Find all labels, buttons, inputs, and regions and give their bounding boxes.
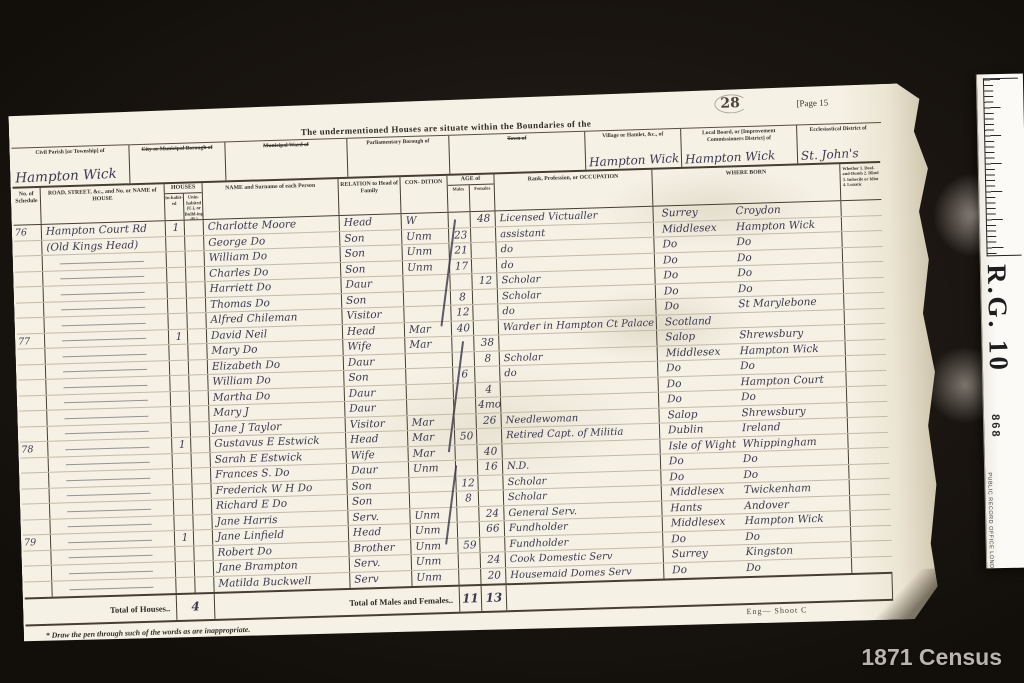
born-county: Middlesex bbox=[658, 220, 736, 237]
cell-uninhabited bbox=[188, 344, 207, 359]
cell-age-male bbox=[452, 336, 474, 351]
col-name: NAME and Surname of each Person bbox=[203, 179, 340, 219]
cell-schedule bbox=[18, 380, 46, 395]
header-field: City or Municipal Borough of bbox=[129, 142, 226, 183]
cell-uninhabited bbox=[190, 391, 209, 406]
cell-uninhabited bbox=[192, 483, 211, 498]
born-county: Do bbox=[662, 359, 740, 376]
born-county: Do bbox=[668, 561, 746, 578]
born-county: Do bbox=[663, 390, 741, 407]
born-county: Salop bbox=[661, 328, 739, 345]
ruler-scale bbox=[983, 78, 1022, 257]
header-field-label: Parliamentary Borough of bbox=[347, 136, 448, 148]
cell-age-female: 4 bbox=[476, 382, 501, 397]
born-place: Do bbox=[743, 467, 758, 482]
cell-age-female: 66 bbox=[480, 521, 505, 536]
born-county: Isle of Wight bbox=[664, 437, 742, 454]
cell-age-female: 24 bbox=[481, 552, 506, 567]
cell-inhabited bbox=[170, 360, 189, 375]
cell-relation: Head bbox=[346, 431, 408, 447]
col-inhabited: In-habit-ed bbox=[165, 194, 185, 220]
cell-uninhabited bbox=[195, 561, 214, 576]
cell-condition bbox=[404, 306, 451, 322]
cell-uninhabited bbox=[186, 251, 205, 266]
born-place: Shrewsbury bbox=[739, 326, 803, 343]
cell-inhabited bbox=[173, 469, 192, 484]
cell-schedule bbox=[21, 457, 49, 472]
cell-age-male bbox=[457, 507, 479, 522]
cell-relation: Daur bbox=[347, 462, 409, 478]
cell-schedule bbox=[16, 287, 44, 302]
cell-age-female: 48 bbox=[470, 211, 495, 226]
cell-condition bbox=[410, 492, 457, 508]
born-county: Do bbox=[660, 282, 738, 299]
cell-schedule bbox=[14, 240, 42, 255]
cell-age-male bbox=[453, 352, 475, 367]
cell-age-female bbox=[475, 366, 500, 381]
census-document: 28 [Page 15 The undermentioned Houses ar… bbox=[8, 82, 947, 645]
cell-condition: Unm bbox=[410, 507, 457, 523]
cell-inhabited bbox=[174, 500, 193, 515]
header-field-value: Hampton Wick bbox=[589, 151, 680, 169]
cell-relation: Son bbox=[342, 292, 404, 308]
cell-inhabited: 1 bbox=[169, 329, 188, 344]
born-county: Surrey bbox=[668, 545, 746, 562]
cell-age-male bbox=[454, 414, 476, 429]
cell-schedule: 76 bbox=[14, 225, 42, 240]
cell-relation: Serv. bbox=[348, 509, 410, 525]
col-age-group: AGE of Males Females bbox=[447, 174, 495, 211]
born-county: Middlesex bbox=[667, 514, 745, 531]
cell-condition: Unm bbox=[402, 244, 449, 260]
cell-age-male bbox=[449, 212, 471, 227]
header-field: Municipal Ward of bbox=[225, 139, 348, 181]
cell-age-female: 26 bbox=[476, 413, 501, 428]
cell-uninhabited bbox=[191, 437, 210, 452]
born-county: Do bbox=[660, 297, 738, 314]
cell-road bbox=[52, 578, 176, 597]
cell-inhabited bbox=[169, 345, 188, 360]
born-place: St Marylebone bbox=[738, 295, 817, 312]
cell-relation: Head bbox=[343, 323, 405, 339]
cell-disability bbox=[847, 401, 887, 417]
cell-age-male bbox=[455, 445, 477, 460]
cell-uninhabited bbox=[188, 329, 207, 344]
cell-disability bbox=[843, 262, 883, 278]
cell-inhabited bbox=[176, 561, 195, 576]
cell-schedule bbox=[20, 426, 48, 441]
cell-condition: Unm bbox=[402, 228, 449, 244]
cell-condition bbox=[409, 476, 456, 492]
header-field-value: St. John's bbox=[801, 146, 859, 163]
cell-relation: Visitor bbox=[346, 416, 408, 432]
cell-schedule bbox=[22, 488, 50, 503]
table-body: 76Hampton Court Rd1Charlotte MooreHeadW4… bbox=[14, 200, 893, 598]
cell-age-male: 12 bbox=[456, 476, 478, 491]
cell-condition: Unm bbox=[409, 461, 456, 477]
born-county: Do bbox=[665, 468, 743, 485]
cell-relation: Wife bbox=[343, 338, 405, 354]
image-caption: 1871 Census bbox=[861, 644, 1002, 671]
cell-age-female bbox=[472, 258, 497, 273]
cell-uninhabited bbox=[189, 360, 208, 375]
cell-disability bbox=[845, 308, 885, 324]
cell-schedule bbox=[19, 395, 47, 410]
cell-relation: Head bbox=[349, 524, 411, 540]
cell-age-male: 50 bbox=[455, 429, 477, 444]
born-county: Do bbox=[665, 452, 743, 469]
cell-age-male bbox=[459, 568, 481, 584]
header-field-label: Ecclesiastical District of bbox=[797, 123, 879, 134]
cell-inhabited bbox=[174, 515, 193, 530]
cell-schedule: 78 bbox=[20, 442, 48, 457]
born-place: Croydon bbox=[735, 203, 781, 219]
cell-disability bbox=[846, 370, 886, 386]
born-place: Do bbox=[746, 560, 761, 575]
col-disability: Whether 1. Deaf-and-Dumb 2. Blind 3. Imb… bbox=[840, 163, 881, 200]
col-females: Females bbox=[470, 185, 496, 212]
cell-inhabited: 1 bbox=[172, 438, 191, 453]
col-road: ROAD, STREET, &c., and No. or NAME of HO… bbox=[41, 184, 166, 224]
cell-disability bbox=[842, 231, 882, 247]
cell-disability bbox=[851, 510, 891, 526]
born-county: Do bbox=[658, 235, 736, 252]
cell-uninhabited bbox=[186, 267, 205, 282]
cell-uninhabited bbox=[189, 375, 208, 390]
cell-condition: Unm bbox=[412, 554, 459, 570]
printer-imprint: Eng— Shoot C bbox=[746, 605, 807, 616]
cell-disability bbox=[848, 417, 888, 433]
cell-condition bbox=[406, 368, 453, 384]
cell-disability bbox=[850, 479, 890, 495]
born-place: Whippingham bbox=[742, 434, 817, 451]
cell-relation: Son bbox=[341, 261, 403, 277]
cell-age-female: 24 bbox=[479, 506, 504, 521]
born-county: Middlesex bbox=[662, 344, 740, 361]
cell-schedule bbox=[15, 271, 43, 286]
col-relation: RELATION to Head of Family bbox=[338, 177, 401, 215]
col-males: Males bbox=[448, 185, 471, 211]
cell-uninhabited bbox=[192, 452, 211, 467]
born-county: Salop bbox=[663, 406, 741, 423]
cell-inhabited bbox=[167, 252, 186, 267]
cell-uninhabited bbox=[190, 406, 209, 421]
cell-inhabited: 1 bbox=[166, 221, 185, 236]
cell-inhabited bbox=[167, 267, 186, 282]
cell-inhabited bbox=[172, 422, 191, 437]
cell-uninhabited bbox=[185, 220, 204, 235]
header-field: Town of bbox=[449, 132, 586, 174]
archive-label-text: R.G. 10 868 PUBLIC RECORD OFFICE LONDON bbox=[983, 263, 1024, 568]
cell-age-female: 8 bbox=[475, 351, 500, 366]
cell-age-female bbox=[471, 242, 496, 257]
cell-relation: Serv. bbox=[350, 555, 412, 571]
cell-condition: Mar bbox=[405, 337, 452, 353]
cell-disability bbox=[844, 293, 884, 309]
cell-inhabited bbox=[171, 407, 190, 422]
born-place: Do bbox=[738, 281, 753, 296]
cell-age-male bbox=[450, 274, 472, 289]
cell-age-female bbox=[471, 227, 496, 242]
cell-age-male bbox=[456, 460, 478, 475]
cell-uninhabited bbox=[193, 514, 212, 529]
cell-inhabited bbox=[168, 314, 187, 329]
cell-disability bbox=[844, 277, 884, 293]
col-houses-group: HOUSES In-habit-ed Unin-habited (U.), or… bbox=[165, 183, 204, 220]
cell-disability bbox=[847, 386, 887, 402]
cell-uninhabited bbox=[192, 468, 211, 483]
born-county: Do bbox=[662, 375, 740, 392]
col-occupation: Rank, Profession, or OCCUPATION bbox=[494, 170, 653, 211]
page-number-label: [Page 15 bbox=[796, 97, 828, 108]
header-field: Ecclesiastical District ofSt. John's bbox=[797, 123, 880, 163]
cell-inhabited bbox=[173, 453, 192, 468]
cell-disability bbox=[848, 432, 888, 448]
cell-relation: Visitor bbox=[342, 307, 404, 323]
header-field: Parliamentary Borough of bbox=[347, 136, 450, 177]
cell-relation: Son bbox=[340, 230, 402, 246]
total-houses-value: 4 bbox=[177, 594, 216, 620]
cell-relation: Son bbox=[348, 493, 410, 509]
census-table: No. of Schedule ROAD, STREET, &c., and N… bbox=[13, 163, 893, 600]
cell-age-female: 4mo bbox=[476, 397, 501, 412]
cell-condition: Unm bbox=[411, 538, 458, 554]
cell-age-female: 20 bbox=[481, 568, 506, 584]
total-males-value: 11 bbox=[460, 586, 483, 612]
cell-schedule bbox=[19, 411, 47, 426]
cell-disability bbox=[849, 448, 889, 464]
cell-disability bbox=[843, 246, 883, 262]
born-county: Middlesex bbox=[666, 483, 744, 500]
cell-relation: Son bbox=[344, 369, 406, 385]
cell-age-male bbox=[454, 398, 476, 413]
born-place: Do bbox=[737, 266, 752, 281]
cell-age-female bbox=[473, 289, 498, 304]
born-place: Do bbox=[743, 452, 758, 467]
cell-inhabited bbox=[176, 577, 195, 593]
cell-age-female: 40 bbox=[477, 444, 502, 459]
total-houses-label: Total of Houses.. bbox=[25, 595, 178, 624]
cell-condition: Mar bbox=[405, 321, 452, 337]
cell-condition: Mar bbox=[408, 445, 455, 461]
header-field-label: City or Municipal Borough of bbox=[129, 142, 224, 154]
cell-condition: W bbox=[402, 213, 449, 229]
cell-age-male bbox=[459, 553, 481, 568]
cell-age-female bbox=[478, 475, 503, 490]
born-place: Do bbox=[737, 250, 752, 265]
cell-inhabited bbox=[168, 298, 187, 313]
header-field-label: Local Board, or [Improvement Commissione… bbox=[681, 125, 796, 144]
born-county: Do bbox=[659, 266, 737, 283]
cell-inhabited bbox=[171, 391, 190, 406]
cell-schedule: 77 bbox=[17, 333, 45, 348]
cell-relation: Brother bbox=[349, 540, 411, 556]
cell-schedule bbox=[24, 581, 52, 597]
cell-age-female bbox=[479, 490, 504, 505]
cell-condition bbox=[407, 383, 454, 399]
cell-uninhabited bbox=[194, 530, 213, 545]
cell-condition bbox=[407, 399, 454, 415]
cell-uninhabited bbox=[187, 313, 206, 328]
cell-relation: Head bbox=[340, 214, 402, 230]
cell-age-male: 17 bbox=[450, 259, 472, 274]
cell-age-male: 6 bbox=[453, 367, 475, 382]
col-where-born: WHERE BORN bbox=[652, 164, 841, 206]
col-schedule: No. of Schedule bbox=[13, 188, 42, 225]
born-county: Hants bbox=[666, 499, 744, 516]
cell-uninhabited bbox=[194, 545, 213, 560]
born-county: Do bbox=[659, 251, 737, 268]
cell-age-female bbox=[473, 304, 498, 319]
header-field: Civil Parish [or Township] ofHampton Wic… bbox=[11, 145, 130, 186]
cell-age-female bbox=[480, 537, 505, 552]
cell-condition: Mar bbox=[408, 414, 455, 430]
cell-disability bbox=[846, 355, 886, 371]
born-place: Do bbox=[741, 390, 756, 405]
cell-age-male: 59 bbox=[458, 538, 480, 553]
cell-schedule bbox=[22, 519, 50, 534]
cell-occupation: Housemaid Domes Serv bbox=[506, 563, 664, 583]
cell-inhabited bbox=[170, 376, 189, 391]
cell-schedule bbox=[15, 256, 43, 271]
cell-uninhabited bbox=[193, 499, 212, 514]
cell-inhabited bbox=[167, 283, 186, 298]
cell-relation: Daur bbox=[345, 385, 407, 401]
born-county: Do bbox=[667, 530, 745, 547]
born-place: Hampton Wick bbox=[745, 512, 824, 529]
cell-age-female bbox=[477, 428, 502, 443]
born-place: Do bbox=[736, 235, 751, 250]
cell-inhabited: 1 bbox=[175, 531, 194, 546]
cell-disability bbox=[850, 494, 890, 510]
cell-schedule bbox=[16, 318, 44, 333]
born-place: Do bbox=[745, 529, 760, 544]
cell-age-male bbox=[454, 383, 476, 398]
header-field: Village or Hamlet, &c., ofHampton Wick bbox=[585, 129, 682, 170]
cell-inhabited bbox=[175, 546, 194, 561]
header-field: Local Board, or [Improvement Commissione… bbox=[681, 125, 798, 166]
cell-relation: Serv bbox=[350, 571, 412, 588]
born-place: Twickenham bbox=[744, 481, 812, 498]
cell-age-male: 21 bbox=[449, 243, 471, 258]
born-place: Ireland bbox=[742, 420, 781, 436]
cell-age-female bbox=[474, 320, 499, 335]
header-field-value: Hampton Wick bbox=[685, 148, 776, 166]
born-place: Shrewsbury bbox=[741, 404, 805, 421]
cell-uninhabited bbox=[191, 421, 210, 436]
cell-relation: Daur bbox=[344, 354, 406, 370]
born-place: Kingston bbox=[745, 544, 793, 560]
cell-condition bbox=[403, 275, 450, 291]
col-condition: CON- DITION bbox=[400, 176, 448, 213]
cell-condition: Unm bbox=[412, 569, 459, 586]
total-females-value: 13 bbox=[482, 585, 508, 611]
cell-disability bbox=[841, 200, 881, 216]
cell-age-female: 12 bbox=[472, 273, 497, 288]
cell-relation: Daur bbox=[345, 400, 407, 416]
cell-disability bbox=[852, 556, 892, 573]
born-place: Hampton Wick bbox=[736, 217, 815, 234]
cell-condition bbox=[404, 290, 451, 306]
folio-stamp: 28 bbox=[714, 94, 748, 114]
cell-schedule bbox=[24, 566, 52, 581]
cell-uninhabited bbox=[195, 576, 214, 592]
cell-relation: Wife bbox=[346, 447, 408, 463]
cell-relation: Son bbox=[347, 478, 409, 494]
born-county: Scotland bbox=[661, 313, 739, 330]
header-field-value: Hampton Wick bbox=[15, 166, 117, 187]
cell-disability bbox=[845, 339, 885, 355]
born-place: Hampton Wick bbox=[740, 341, 819, 358]
header-field-label: Village or Hamlet, &c., of bbox=[585, 129, 680, 141]
cell-relation: Son bbox=[340, 245, 402, 261]
cell-uninhabited bbox=[187, 298, 206, 313]
cell-disability bbox=[845, 324, 885, 340]
born-place: Do bbox=[740, 359, 755, 374]
cell-relation: Daur bbox=[341, 276, 403, 292]
cell-condition: Unm bbox=[411, 523, 458, 539]
cell-age-male bbox=[458, 522, 480, 537]
cell-inhabited bbox=[173, 484, 192, 499]
cell-schedule bbox=[18, 364, 46, 379]
cell-schedule bbox=[17, 349, 45, 364]
cell-age-male: 40 bbox=[452, 321, 474, 336]
cell-uninhabited bbox=[185, 236, 204, 251]
col-uninhabited: Unin-habited (U.), or Build-ing (B.) bbox=[184, 193, 204, 220]
cell-uninhabited bbox=[186, 282, 205, 297]
cell-age-male: 12 bbox=[451, 305, 473, 320]
cell-schedule bbox=[23, 550, 51, 565]
cell-disability bbox=[851, 525, 891, 541]
cell-age-male: 8 bbox=[457, 491, 479, 506]
cell-condition: Mar bbox=[408, 430, 455, 446]
cell-age-female: 38 bbox=[474, 335, 499, 350]
cell-disability bbox=[849, 463, 889, 479]
cell-condition bbox=[406, 352, 453, 368]
cell-schedule bbox=[16, 302, 44, 317]
cell-inhabited bbox=[166, 236, 185, 251]
archive-reference-card: R.G. 10 868 PUBLIC RECORD OFFICE LONDON bbox=[976, 74, 1024, 569]
cell-schedule bbox=[21, 473, 49, 488]
cell-schedule: 79 bbox=[23, 535, 51, 550]
cell-age-female: 16 bbox=[478, 459, 503, 474]
cell-age-male: 23 bbox=[449, 228, 471, 243]
cell-name: Matilda Buckwell bbox=[214, 572, 350, 592]
cell-condition: Unm bbox=[403, 259, 450, 275]
born-place: Andover bbox=[744, 497, 789, 513]
born-county: Surrey bbox=[657, 204, 735, 221]
born-county: Dublin bbox=[664, 421, 742, 438]
cell-disability bbox=[842, 215, 882, 231]
cell-disability bbox=[851, 541, 891, 557]
cell-schedule bbox=[22, 504, 50, 519]
cell-age-male: 8 bbox=[451, 290, 473, 305]
